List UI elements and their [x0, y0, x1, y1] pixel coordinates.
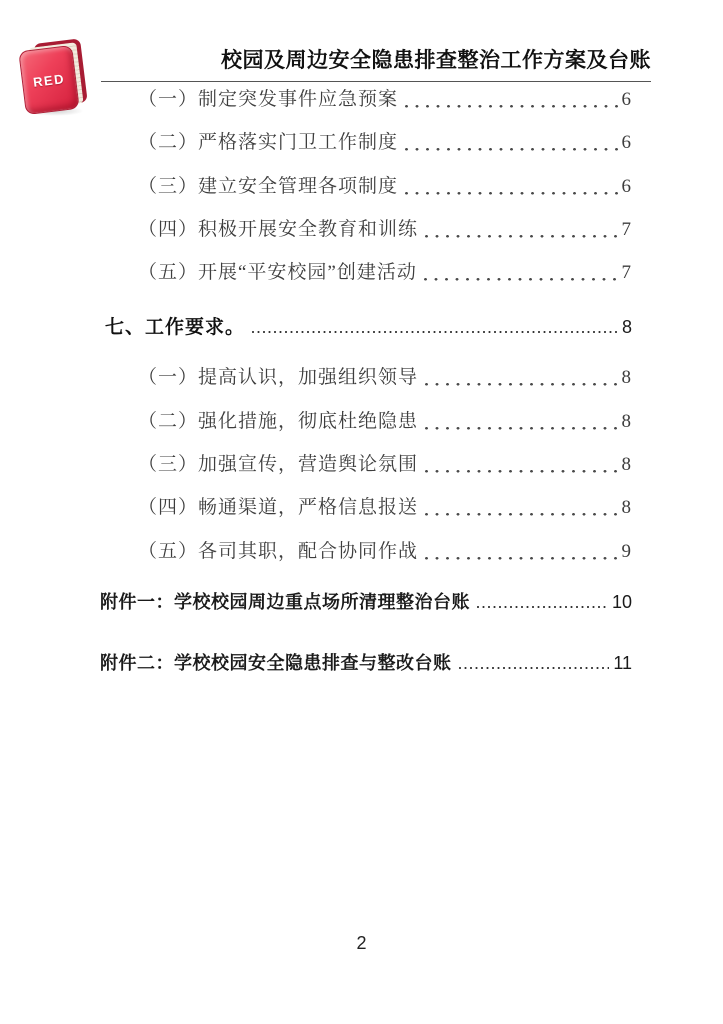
toc-entry-label: （三）建立安全管理各项制度 [138, 175, 398, 199]
toc-entry-page: 8 [622, 315, 632, 339]
dot-leader [252, 328, 618, 334]
toc-entry-label: 七、工作要求。 [105, 316, 245, 340]
toc-entry-label: （四）积极开展安全教育和训练 [138, 218, 418, 242]
toc-entry-label: （一）提高认识，加强组织领导 [138, 366, 418, 390]
toc-entry-label: （一）制定突发事件应急预案 [138, 88, 398, 112]
page-number: 2 [0, 933, 723, 954]
dot-leader [425, 554, 617, 560]
book-front-cover: RED [18, 45, 79, 115]
toc-entry-label: （二）严格落实门卫工作制度 [138, 131, 398, 155]
toc-entry-attachment[interactable]: 附件一：学校校园周边重点场所清理整治台账 10 [100, 590, 632, 614]
dot-leader [459, 664, 610, 670]
dot-leader [425, 380, 617, 386]
dot-leader [405, 102, 617, 108]
toc-entry-page: 8 [622, 410, 633, 434]
toc-entry-section[interactable]: 七、工作要求。 8 [105, 315, 632, 339]
toc-entry[interactable]: （二）严格落实门卫工作制度 6 [138, 131, 632, 155]
toc-entry-label: （四）畅通渠道，严格信息报送 [138, 496, 418, 520]
toc-entry[interactable]: （五）开展“平安校园”创建活动 7 [138, 261, 632, 285]
toc-entry-label: （五）各司其职，配合协同作战 [138, 540, 418, 564]
dot-leader [405, 189, 617, 195]
toc-entry[interactable]: （一）制定突发事件应急预案 6 [138, 88, 632, 112]
toc-entry-page: 8 [622, 366, 633, 390]
toc-entry-page: 10 [612, 590, 632, 614]
book-icon-label: RED [32, 71, 66, 90]
toc-entry-page: 6 [622, 88, 633, 112]
dot-leader [425, 424, 617, 430]
document-title: 校园及周边安全隐患排查整治工作方案及台账 [101, 48, 651, 74]
toc-entry[interactable]: （四）积极开展安全教育和训练 7 [138, 218, 632, 242]
toc-entry-page: 6 [622, 175, 633, 199]
toc-entry-page: 6 [622, 131, 633, 155]
toc-entry[interactable]: （四）畅通渠道，严格信息报送 8 [138, 496, 632, 520]
toc-entry-page: 9 [622, 540, 633, 564]
toc-entry-label: 附件二：学校校园安全隐患排查与整改台账 [100, 651, 452, 675]
toc-entry[interactable]: （三）加强宣传，营造舆论氛围 8 [138, 453, 632, 477]
dot-leader [425, 467, 617, 473]
document-page: RED 校园及周边安全隐患排查整治工作方案及台账 （一）制定突发事件应急预案 6… [0, 0, 723, 1024]
document-header: 校园及周边安全隐患排查整治工作方案及台账 [101, 48, 651, 82]
toc-entry-label: （三）加强宣传，营造舆论氛围 [138, 453, 418, 477]
toc-entry-label: （二）强化措施，彻底杜绝隐患 [138, 410, 418, 434]
toc-entry-label: 附件一：学校校园周边重点场所清理整治台账 [100, 590, 470, 614]
toc-entry-attachment[interactable]: 附件二：学校校园安全隐患排查与整改台账 11 [100, 651, 632, 675]
dot-leader [425, 510, 617, 516]
toc-entry-page: 11 [613, 651, 632, 675]
dot-leader [425, 232, 617, 238]
toc-entry[interactable]: （三）建立安全管理各项制度 6 [138, 175, 632, 199]
toc-entry-page: 8 [622, 496, 633, 520]
red-book-icon: RED [20, 36, 90, 116]
toc-entry[interactable]: （二）强化措施，彻底杜绝隐患 8 [138, 410, 632, 434]
dot-leader [405, 145, 617, 151]
toc-entry[interactable]: （一）提高认识，加强组织领导 8 [138, 366, 632, 390]
toc-entry-page: 7 [622, 218, 633, 242]
toc-entry-page: 8 [622, 453, 633, 477]
toc-entry-label: （五）开展“平安校园”创建活动 [138, 261, 417, 285]
dot-leader [477, 603, 608, 609]
toc-entry[interactable]: （五）各司其职，配合协同作战 9 [138, 540, 632, 564]
toc-entry-page: 7 [622, 261, 633, 285]
dot-leader [424, 275, 618, 281]
